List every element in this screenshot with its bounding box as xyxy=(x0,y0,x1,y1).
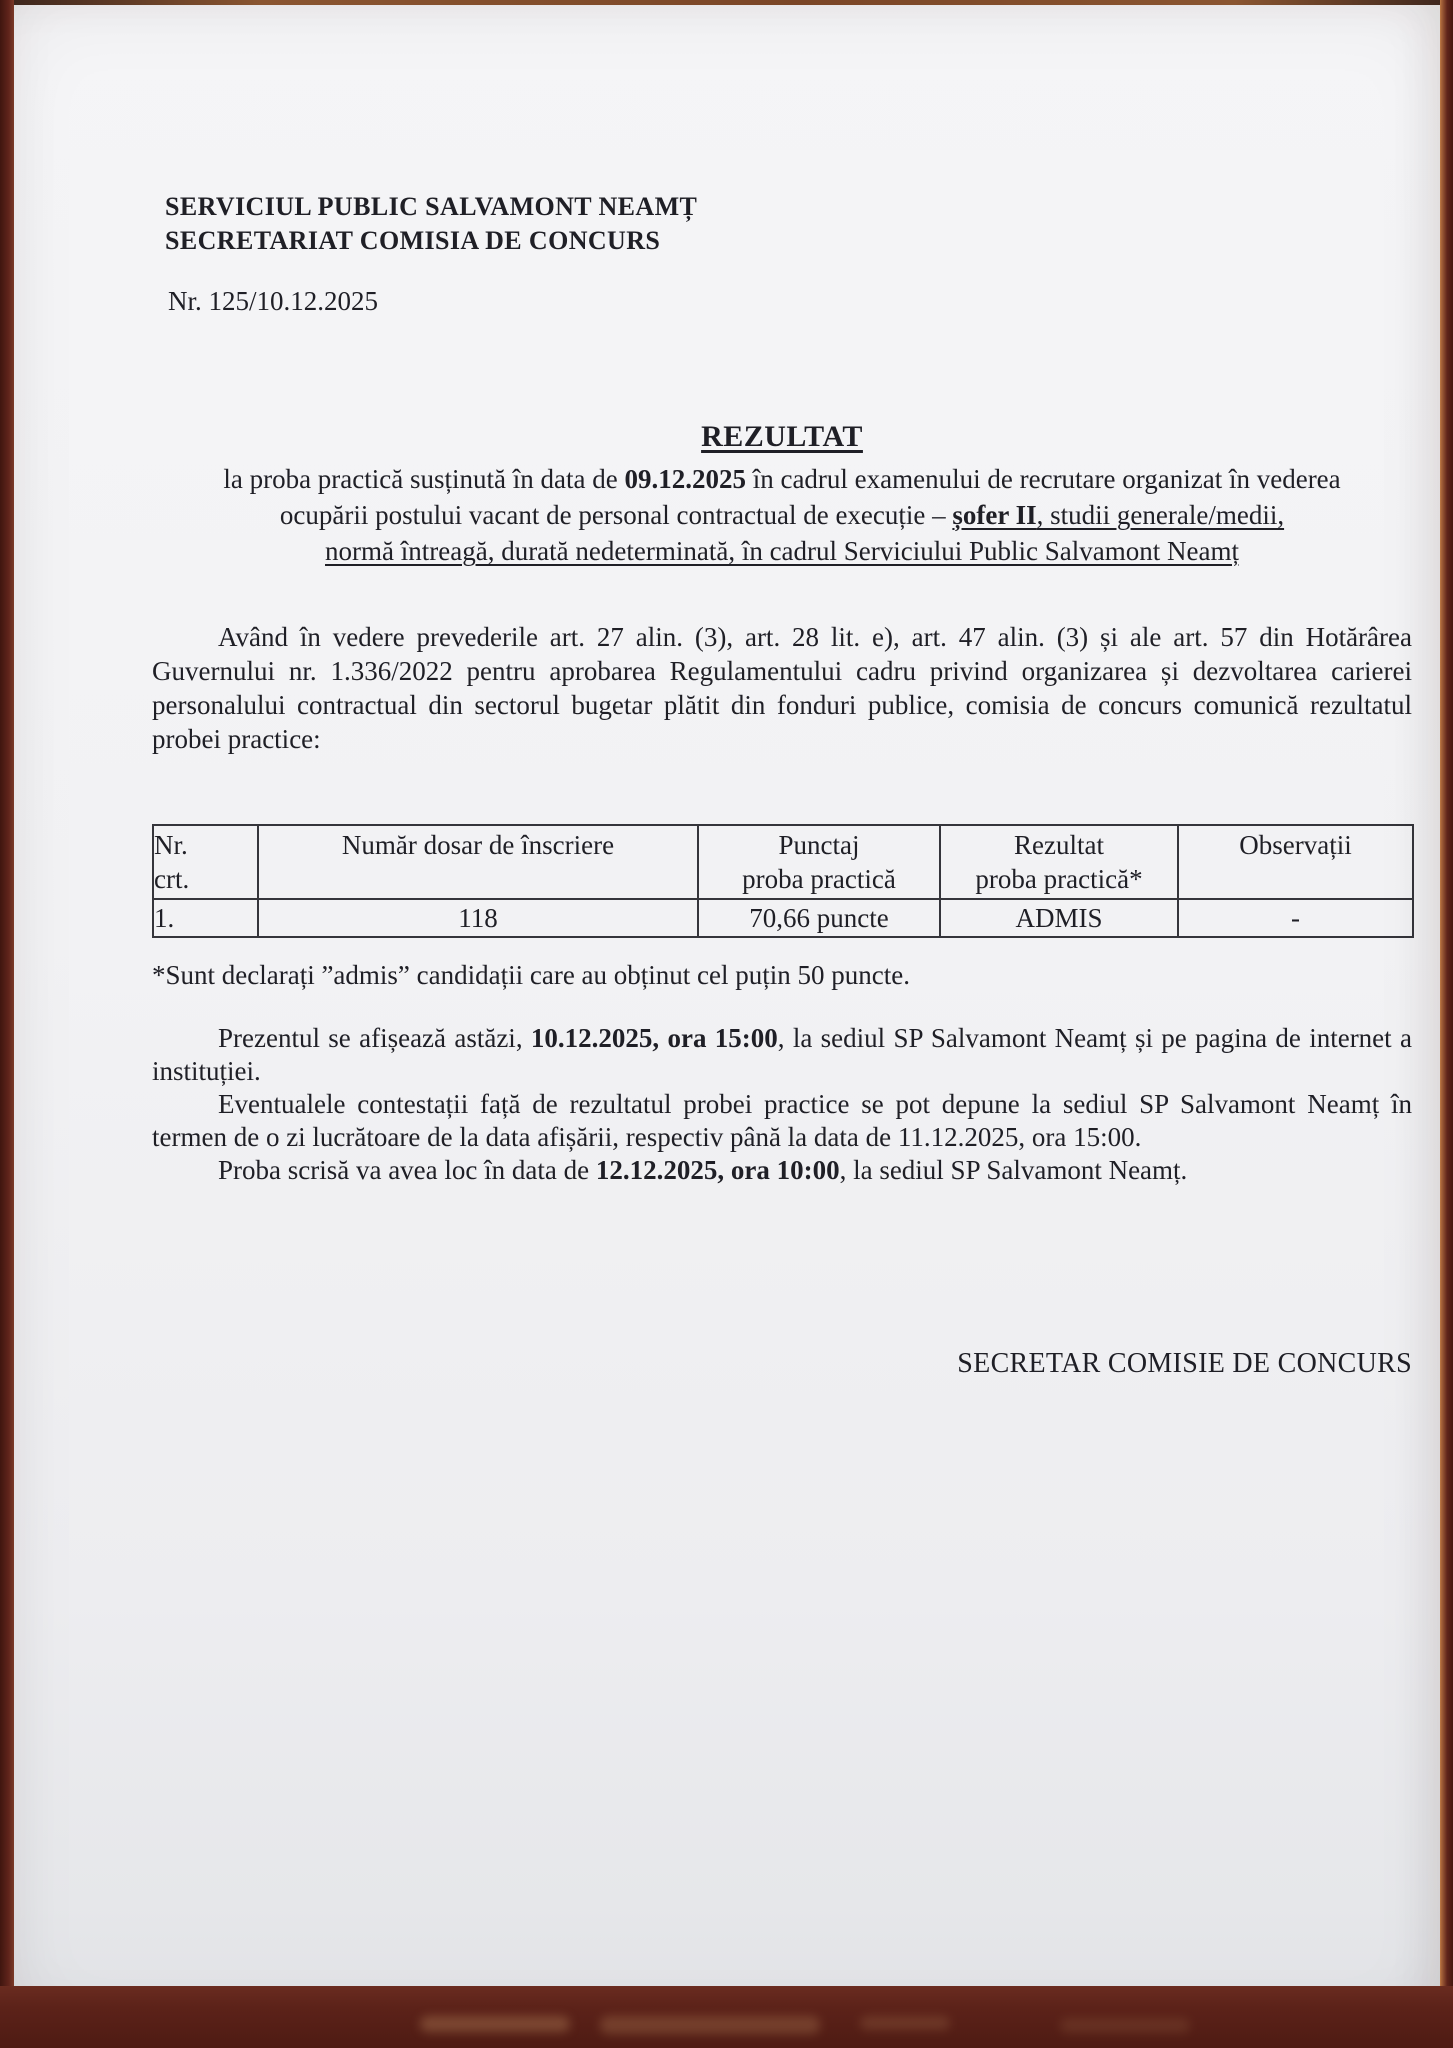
closing-text: Proba scrisă va avea loc în data de xyxy=(218,1155,596,1185)
organization-name: SERVICIUL PUBLIC SALVAMONT NEAMȚ xyxy=(165,190,697,224)
header-text: proba practică* xyxy=(941,862,1177,896)
organization-subunit: SECRETARIAT COMISIA DE CONCURS xyxy=(165,224,697,258)
document-title: REZULTAT xyxy=(152,420,1412,454)
signature-line: SECRETAR COMISIE DE CONCURS xyxy=(152,1348,1412,1380)
intro-line-3: normă întreagă, durată nedeterminată, în… xyxy=(152,533,1412,569)
admission-footnote: *Sunt declarați ”admis” candidații care … xyxy=(152,960,910,991)
header-text: Număr dosar de înscriere xyxy=(259,828,697,862)
intro-line-2: ocupării postului vacant de personal con… xyxy=(152,497,1412,533)
blurred-background-mark xyxy=(1060,2018,1190,2033)
written-exam-paragraph: Proba scrisă va avea loc în data de 12.1… xyxy=(152,1154,1412,1187)
intro-text: la proba practică susținută în data de xyxy=(223,464,624,494)
exam-date: 09.12.2025 xyxy=(624,464,746,494)
header-text: Rezultat xyxy=(941,828,1177,862)
registration-number: Nr. 125/10.12.2025 xyxy=(168,286,378,317)
header-text: Nr. xyxy=(154,828,257,862)
contestation-paragraph: Eventualele contestații față de rezultat… xyxy=(152,1088,1412,1154)
photo-edge-left xyxy=(0,0,14,2048)
posting-paragraph: Prezentul se afișează astăzi, 10.12.2025… xyxy=(152,1022,1412,1088)
cell-nr-crt: 1. xyxy=(153,899,258,937)
blurred-background-mark xyxy=(420,2016,570,2032)
photo-edge-bottom xyxy=(0,1986,1453,2048)
table-header-row: Nr. crt. Număr dosar de înscriere Puncta… xyxy=(153,825,1413,899)
header-observatii: Observații xyxy=(1178,825,1413,899)
header-text: crt. xyxy=(154,862,257,896)
header-nr-crt: Nr. crt. xyxy=(153,825,258,899)
legal-basis-paragraph: Având în vedere prevederile art. 27 alin… xyxy=(152,620,1412,756)
intro-text: normă întreagă, durată nedeterminată, în… xyxy=(325,536,1239,566)
intro-paragraph: la proba practică susținută în data de 0… xyxy=(152,461,1412,569)
header-rezultat: Rezultat proba practică* xyxy=(940,825,1178,899)
position-name: șofer II xyxy=(952,500,1036,530)
intro-text: în cadrul examenului de recrutare organi… xyxy=(746,464,1341,494)
posting-datetime: 10.12.2025, ora 15:00 xyxy=(531,1023,778,1053)
header-numar-dosar: Număr dosar de înscriere xyxy=(258,825,698,899)
closing-text: , la sediul SP Salvamont Neamț. xyxy=(840,1155,1188,1185)
intro-text: ocupării postului vacant de personal con… xyxy=(280,500,952,530)
cell-numar-dosar: 118 xyxy=(258,899,698,937)
intro-text: , studii generale/medii, xyxy=(1037,500,1284,530)
photo-edge-right xyxy=(1440,0,1453,2048)
results-table: Nr. crt. Număr dosar de înscriere Puncta… xyxy=(152,824,1414,938)
cell-rezultat: ADMIS xyxy=(940,899,1178,937)
written-exam-datetime: 12.12.2025, ora 10:00 xyxy=(596,1155,840,1185)
header-text: proba practică xyxy=(699,862,939,896)
blurred-background-mark xyxy=(600,2016,820,2034)
cell-punctaj: 70,66 puncte xyxy=(698,899,940,937)
closing-paragraphs: Prezentul se afișează astăzi, 10.12.2025… xyxy=(152,1022,1412,1187)
cell-observatii: - xyxy=(1178,899,1413,937)
header-text: Punctaj xyxy=(699,828,939,862)
scanned-document-page: SERVICIUL PUBLIC SALVAMONT NEAMȚ SECRETA… xyxy=(0,0,1453,2048)
closing-text: Prezentul se afișează astăzi, xyxy=(218,1023,531,1053)
table-row: 1. 118 70,66 puncte ADMIS - xyxy=(153,899,1413,937)
organization-header: SERVICIUL PUBLIC SALVAMONT NEAMȚ SECRETA… xyxy=(165,190,697,258)
header-punctaj: Punctaj proba practică xyxy=(698,825,940,899)
blurred-background-mark xyxy=(860,2016,950,2030)
photo-edge-top xyxy=(0,0,1453,5)
header-text: Observații xyxy=(1179,828,1412,862)
intro-line-1: la proba practică susținută în data de 0… xyxy=(152,461,1412,497)
